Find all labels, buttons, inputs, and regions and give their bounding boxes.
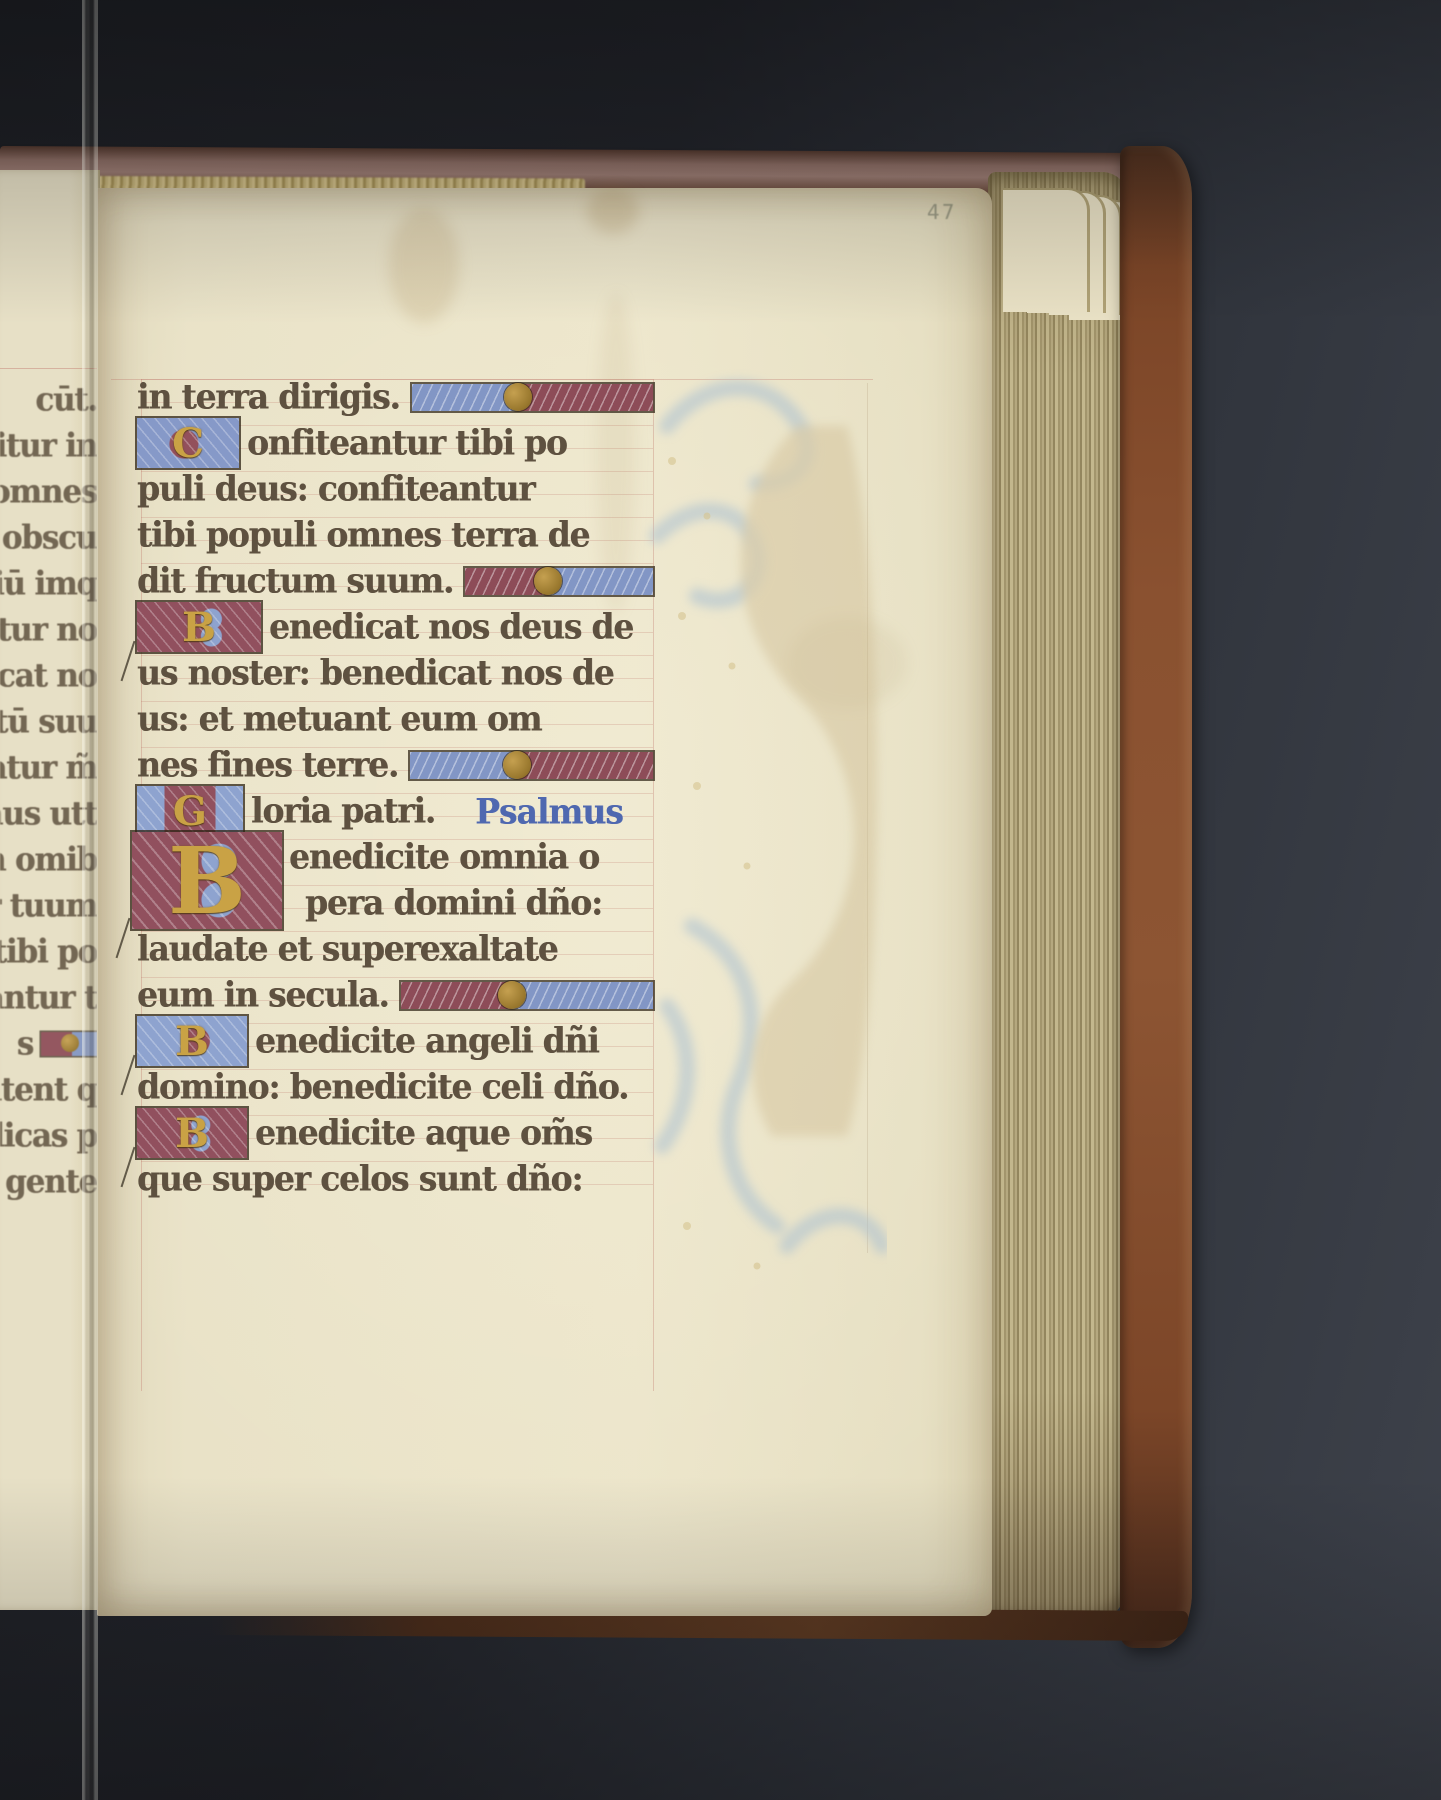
line-filler	[410, 752, 653, 779]
border-decoration-showthrough	[637, 366, 887, 1296]
photograph-of-manuscript: cūt. abitur in ur omnes o q obscu nciū i…	[0, 0, 1441, 1800]
text-line: us: et metuant eum om	[137, 696, 653, 742]
illuminated-initial: B	[137, 602, 261, 652]
illuminated-initial: B	[137, 1108, 247, 1158]
text-line: dit fructum suum.	[137, 558, 653, 604]
text-line: eum in secula.	[137, 972, 653, 1018]
page-stain	[587, 188, 639, 234]
text-line: B enedicite omnia o	[137, 834, 653, 880]
manuscript-page: 47	[97, 188, 992, 1616]
illuminated-initial: C	[137, 418, 239, 468]
text-line: B enedicat nos deus de	[137, 604, 653, 650]
line-filler	[465, 568, 653, 595]
text-line: domino: benedicite celi dño.	[137, 1064, 653, 1110]
text-line: B enedicite angeli dñi	[137, 1018, 653, 1064]
illuminated-initial: B	[137, 1016, 247, 1066]
text-line: puli deus: confiteantur	[137, 466, 653, 512]
text-line: laudate et superexaltate	[137, 926, 653, 972]
text-line: tibi populi omnes terra de	[137, 512, 653, 558]
text-line: us noster: benedicat nos de	[137, 650, 653, 696]
folio-number: 47	[927, 200, 956, 224]
leather-cover	[1120, 146, 1192, 1648]
rubric-psalmus: Psalmus	[475, 791, 623, 832]
line-filler	[401, 982, 653, 1009]
text-line: pera domini dño:	[137, 880, 653, 926]
text-block: in terra dirigis. C onfiteantur tibi po …	[137, 374, 653, 1202]
page-corner	[1003, 188, 1090, 312]
gilt-fore-edge	[988, 172, 1128, 1624]
text-line: C onfiteantur tibi po	[137, 420, 653, 466]
text-line: nes fines terre.	[137, 742, 653, 788]
page-holder-rod	[82, 0, 98, 1800]
text-line: in terra dirigis.	[137, 374, 653, 420]
text-line: B enedicite aque om̃s	[137, 1110, 653, 1156]
line-filler	[412, 384, 653, 411]
page-stain	[389, 208, 459, 323]
text-line: que super celos sunt dño:	[137, 1156, 653, 1202]
